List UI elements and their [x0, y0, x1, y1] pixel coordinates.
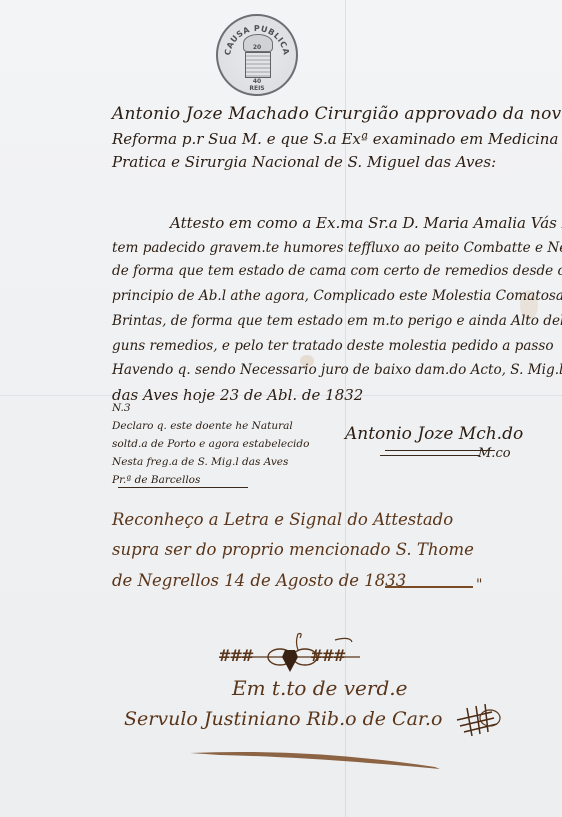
document-page: CAUSA PUBLICA 20 40 REIS Antonio Joze Ma…	[0, 0, 562, 817]
note-line: Pr.ª de Barcellos	[112, 474, 200, 486]
notary-attestation: Em t.to de verd.e	[232, 676, 407, 700]
physician-signature-suffix: M.co	[478, 446, 511, 461]
note-line: Nesta freg.a de S. Mig.l das Aves	[112, 456, 288, 468]
revenue-stamp: CAUSA PUBLICA 20 40 REIS	[216, 14, 298, 96]
body-line: Brintas, de forma que tem estado em m.to…	[112, 313, 562, 329]
body-line: principio de Ab.l athe agora, Complicado…	[112, 288, 562, 304]
note-underline	[118, 487, 248, 488]
notary-knot-flourish-icon	[240, 632, 360, 682]
recognition-line: Reconheço a Letra e Signal do Attestado	[112, 510, 453, 529]
body-line: tem padecido gravem.te humores teffluxo …	[112, 240, 562, 256]
signature-underline	[385, 450, 495, 451]
body-line: Attesto em como a Ex.ma Sr.a D. Maria Am…	[170, 214, 562, 232]
header-line: Reforma p.r Sua M. e que S.a Exª examina…	[112, 130, 558, 148]
stamp-currency: REIS	[218, 85, 296, 92]
header-line: Antonio Joze Machado Cirurgião approvado…	[112, 104, 562, 124]
header-line: Pratica e Sirurgia Nacional de S. Miguel…	[112, 153, 496, 171]
note-line: Declaro q. este doente he Natural	[112, 420, 293, 432]
notary-signature: Servulo Justiniano Rib.o de Car.o	[124, 708, 442, 730]
stamp-value-bottom: 40	[218, 78, 296, 85]
body-line: de forma que tem estado de cama com cert…	[112, 263, 562, 279]
physician-signature: Antonio Joze Mch.do	[345, 424, 523, 444]
recognition-dash	[385, 586, 473, 588]
body-line: Havendo q. sendo Necessario juro de baix…	[112, 362, 562, 378]
notary-underline-flourish-icon	[190, 745, 450, 775]
coat-of-arms-shield-icon	[245, 52, 271, 78]
recognition-line: de Negrellos 14 de Agosto de 1833	[112, 571, 406, 590]
body-line: das Aves hoje 23 de Abl. de 1832	[112, 386, 363, 404]
body-line: guns remedios, e pelo ter tratado deste …	[112, 338, 554, 354]
signature-underline	[380, 455, 480, 456]
note-line: soltd.a de Porto e agora estabelecido	[112, 438, 309, 450]
recognition-line: supra ser do proprio mencionado S. Thome	[112, 540, 474, 559]
note-number: N.3	[112, 402, 131, 414]
stamp-value-top: 20	[218, 44, 296, 51]
recognition-end-mark: "	[476, 577, 482, 593]
notary-signature-flourish-icon	[452, 700, 502, 740]
